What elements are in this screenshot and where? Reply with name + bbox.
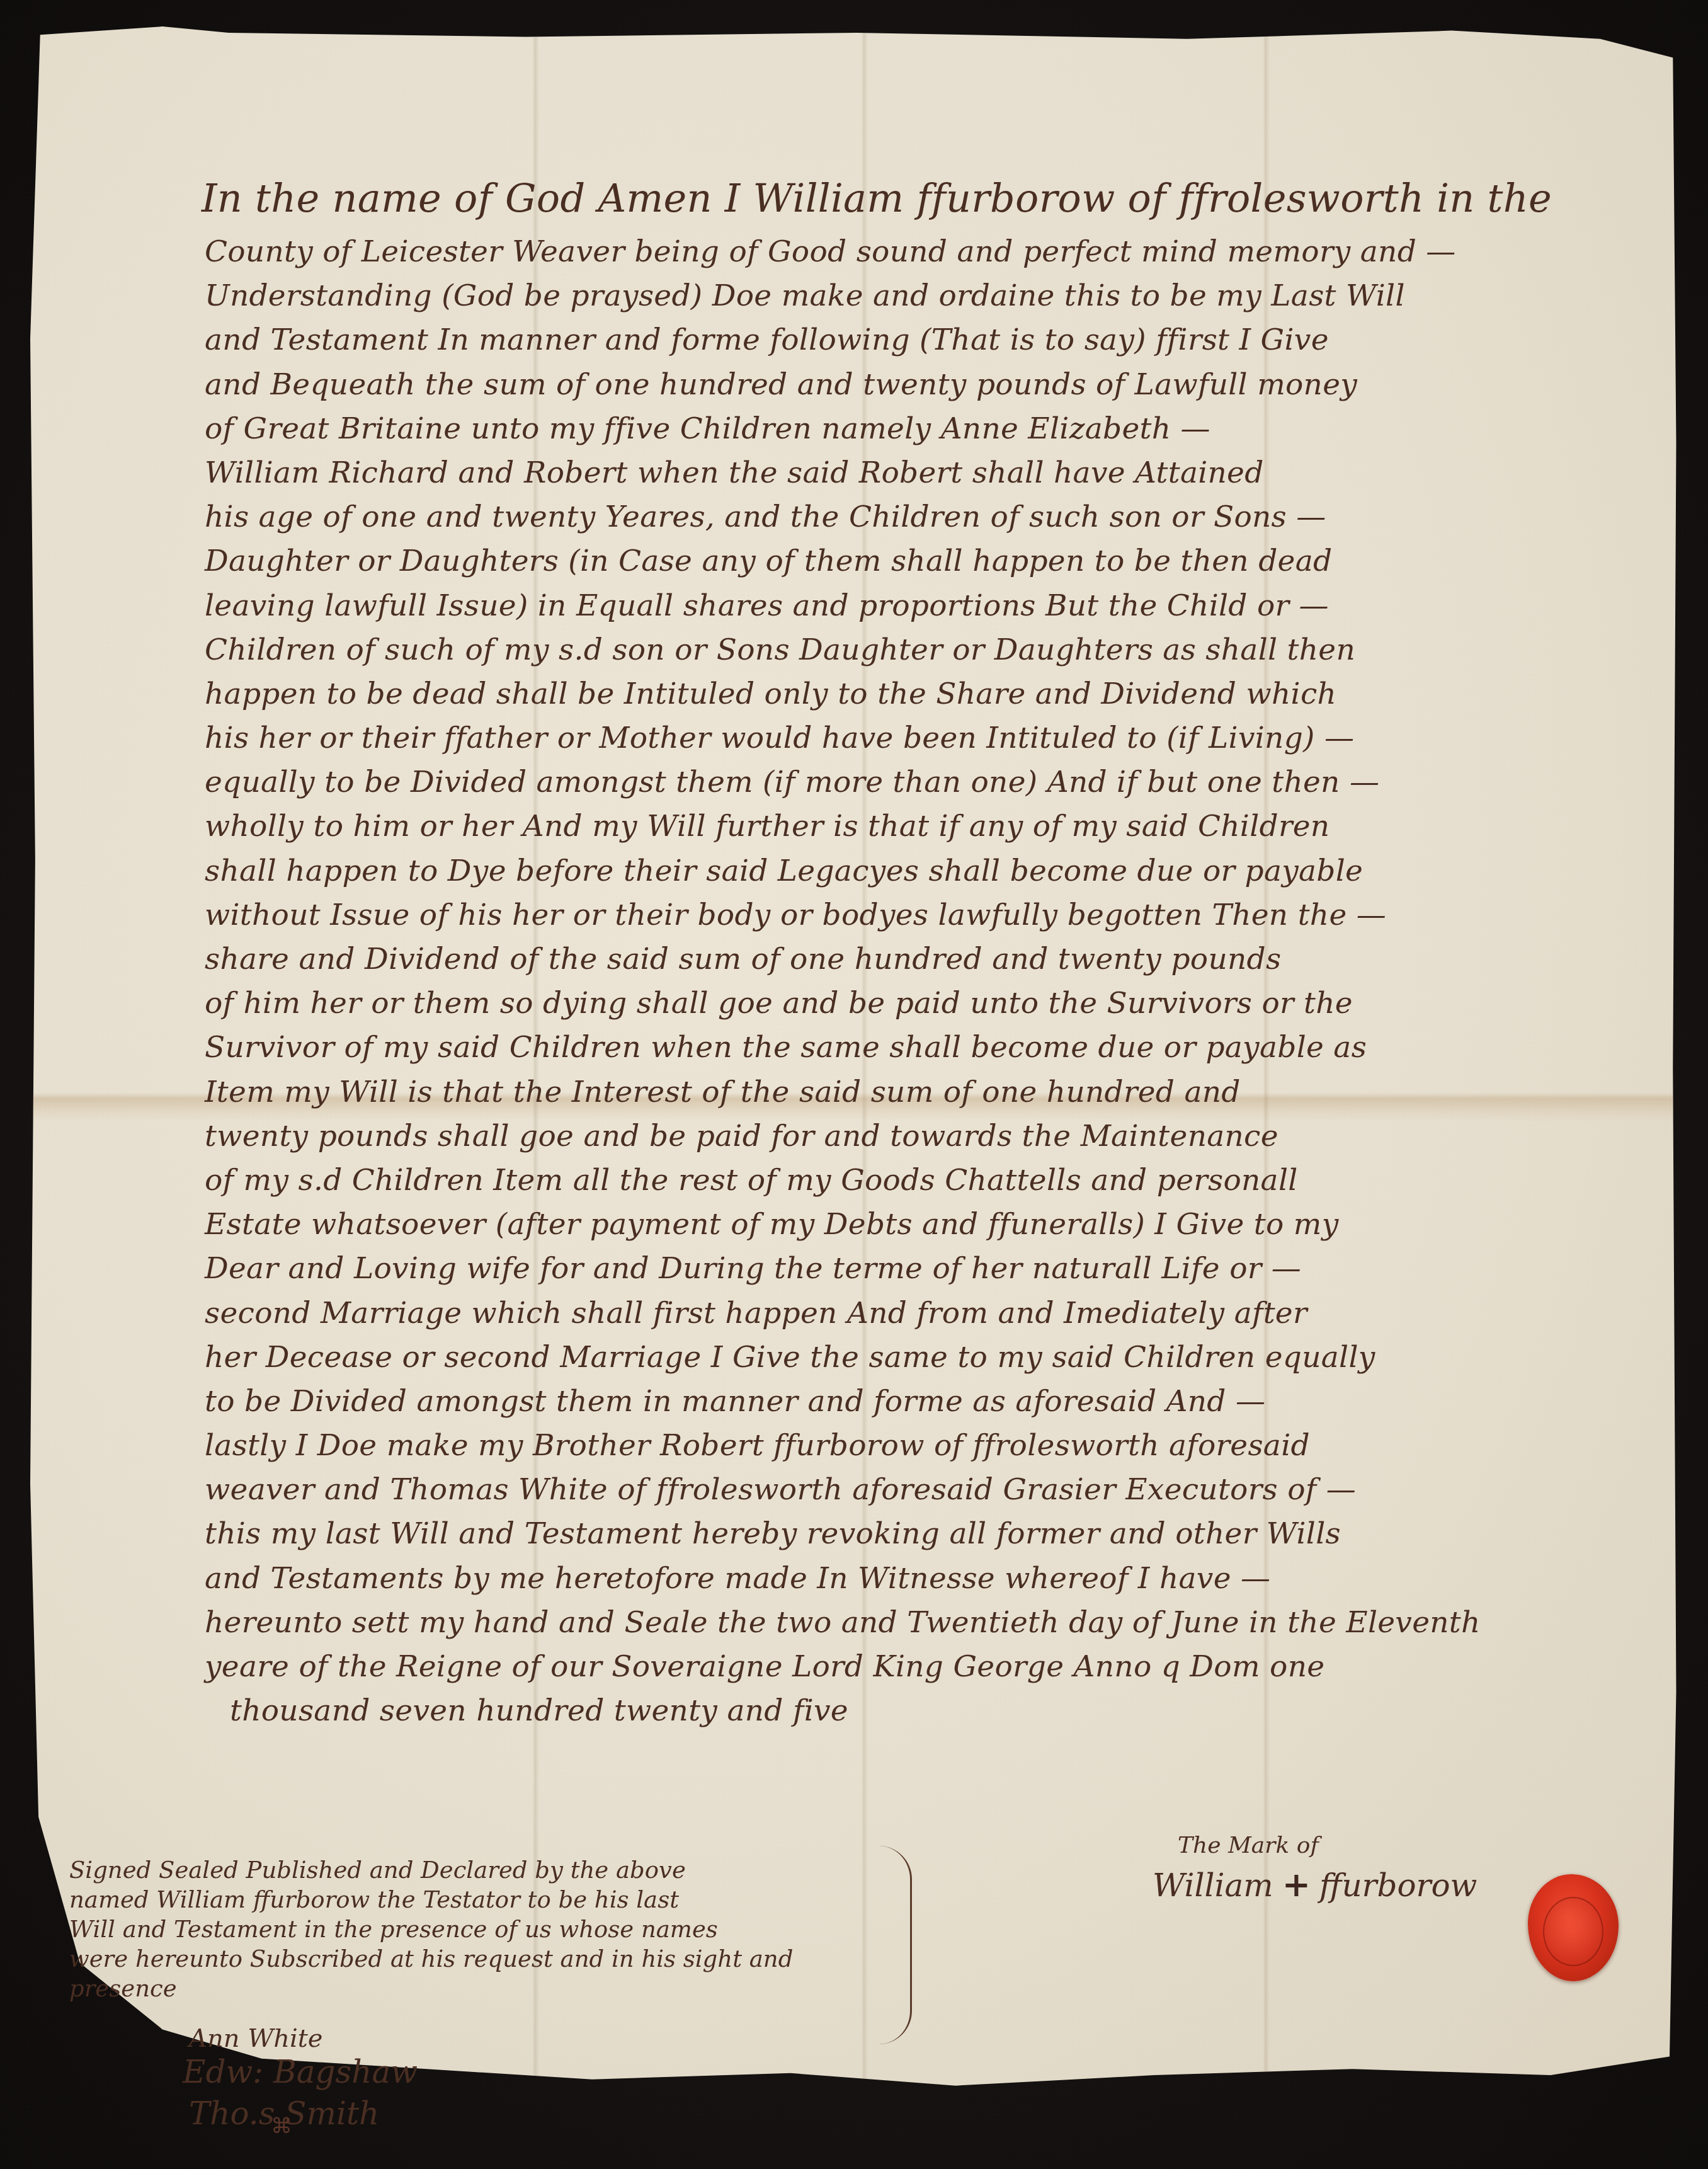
- text-line: without Issue of his her or their body o…: [205, 893, 1678, 937]
- text-line: leaving lawfull Issue) in Equall shares …: [205, 584, 1678, 628]
- text-line: twenty pounds shall goe and be paid for …: [205, 1114, 1678, 1159]
- text-line: Item my Will is that the Interest of the…: [205, 1070, 1678, 1114]
- text-line: wholly to him or her And my Will further…: [205, 804, 1678, 849]
- testator-name: William+ffurborow: [1153, 1862, 1477, 1908]
- witness-signatures: Ann White Edw: Bagshaw Tho.s Smith: [183, 2035, 418, 2134]
- text-line: William Richard and Robert when the said…: [205, 451, 1678, 495]
- text-line: shall happen to Dye before their said Le…: [205, 849, 1678, 893]
- witness-edw-bagshaw: Edw: Bagshaw: [183, 2051, 418, 2093]
- witness-mark-icon: ⌘: [271, 2114, 292, 2139]
- red-wax-seal-icon: [1528, 1874, 1619, 1981]
- testator-signature: The Mark of William+ffurborow: [1153, 1830, 1477, 1908]
- witness-ann-white: Ann White: [189, 2026, 418, 2051]
- text-line: Understanding (God be praysed) Doe make …: [205, 274, 1678, 318]
- opening-line: In the name of God Amen I William ffurbo…: [202, 167, 1678, 230]
- text-line: lastly I Doe make my Brother Robert ffur…: [205, 1424, 1678, 1468]
- attestation-line: Signed Sealed Published and Declared by …: [69, 1855, 938, 1885]
- text-line: Estate whatsoever (after payment of my D…: [205, 1203, 1678, 1247]
- text-line: to be Divided amongst them in manner and…: [205, 1380, 1678, 1424]
- text-line: his age of one and twenty Yeares, and th…: [205, 495, 1678, 539]
- cross-mark-icon: +: [1282, 1864, 1311, 1904]
- text-line: Survivor of my said Children when the sa…: [205, 1026, 1678, 1070]
- attestation-clause: Signed Sealed Published and Declared by …: [69, 1855, 938, 2003]
- text-line: Daughter or Daughters (in Case any of th…: [205, 539, 1678, 583]
- text-line: and Bequeath the sum of one hundred and …: [205, 363, 1678, 407]
- text-line: Children of such of my s.d son or Sons D…: [205, 628, 1678, 672]
- text-line: hereunto sett my hand and Seale the two …: [205, 1601, 1678, 1645]
- text-line: Dear and Loving wife for and During the …: [205, 1247, 1678, 1291]
- attestation-line: Will and Testament in the presence of us…: [69, 1914, 938, 1944]
- text-line: happen to be dead shall be Intituled onl…: [205, 672, 1678, 716]
- text-line: and Testament In manner and forme follow…: [205, 318, 1678, 362]
- testator-surname: ffurborow: [1319, 1867, 1477, 1904]
- text-line: second Marriage which shall first happen…: [205, 1291, 1678, 1336]
- text-line: her Decease or second Marriage I Give th…: [205, 1336, 1678, 1380]
- attestation-line: were hereunto Subscribed at his request …: [69, 1944, 938, 1974]
- text-line: thousand seven hundred twenty and five: [230, 1689, 1678, 1733]
- attestation-bracket: [879, 1846, 912, 2044]
- text-line: County of Leicester Weaver being of Good…: [205, 230, 1678, 274]
- attestation-line: named William ffurborow the Testator to …: [69, 1885, 938, 1914]
- attestation-line: presence: [69, 1974, 938, 2003]
- text-line: this my last Will and Testament hereby r…: [205, 1512, 1678, 1556]
- text-line: of Great Britaine unto my ffive Children…: [205, 407, 1678, 451]
- seal-impression: [1543, 1897, 1603, 1966]
- text-line: his her or their ffather or Mother would…: [205, 716, 1678, 760]
- testator-first-name: William: [1153, 1867, 1273, 1904]
- text-line: equally to be Divided amongst them (if m…: [205, 760, 1678, 804]
- witness-thos-smith: Tho.s Smith: [189, 2093, 418, 2134]
- will-body-text: In the name of God Amen I William ffurbo…: [205, 167, 1678, 1733]
- his-mark-label: The Mark of: [1178, 1830, 1477, 1862]
- text-line: and Testaments by me heretofore made In …: [205, 1557, 1678, 1601]
- text-line: yeare of the Reigne of our Soveraigne Lo…: [205, 1645, 1678, 1689]
- text-line: weaver and Thomas White of ffrolesworth …: [205, 1468, 1678, 1512]
- text-line: of him her or them so dying shall goe an…: [205, 981, 1678, 1026]
- text-line: share and Dividend of the said sum of on…: [205, 937, 1678, 981]
- text-line: of my s.d Children Item all the rest of …: [205, 1159, 1678, 1203]
